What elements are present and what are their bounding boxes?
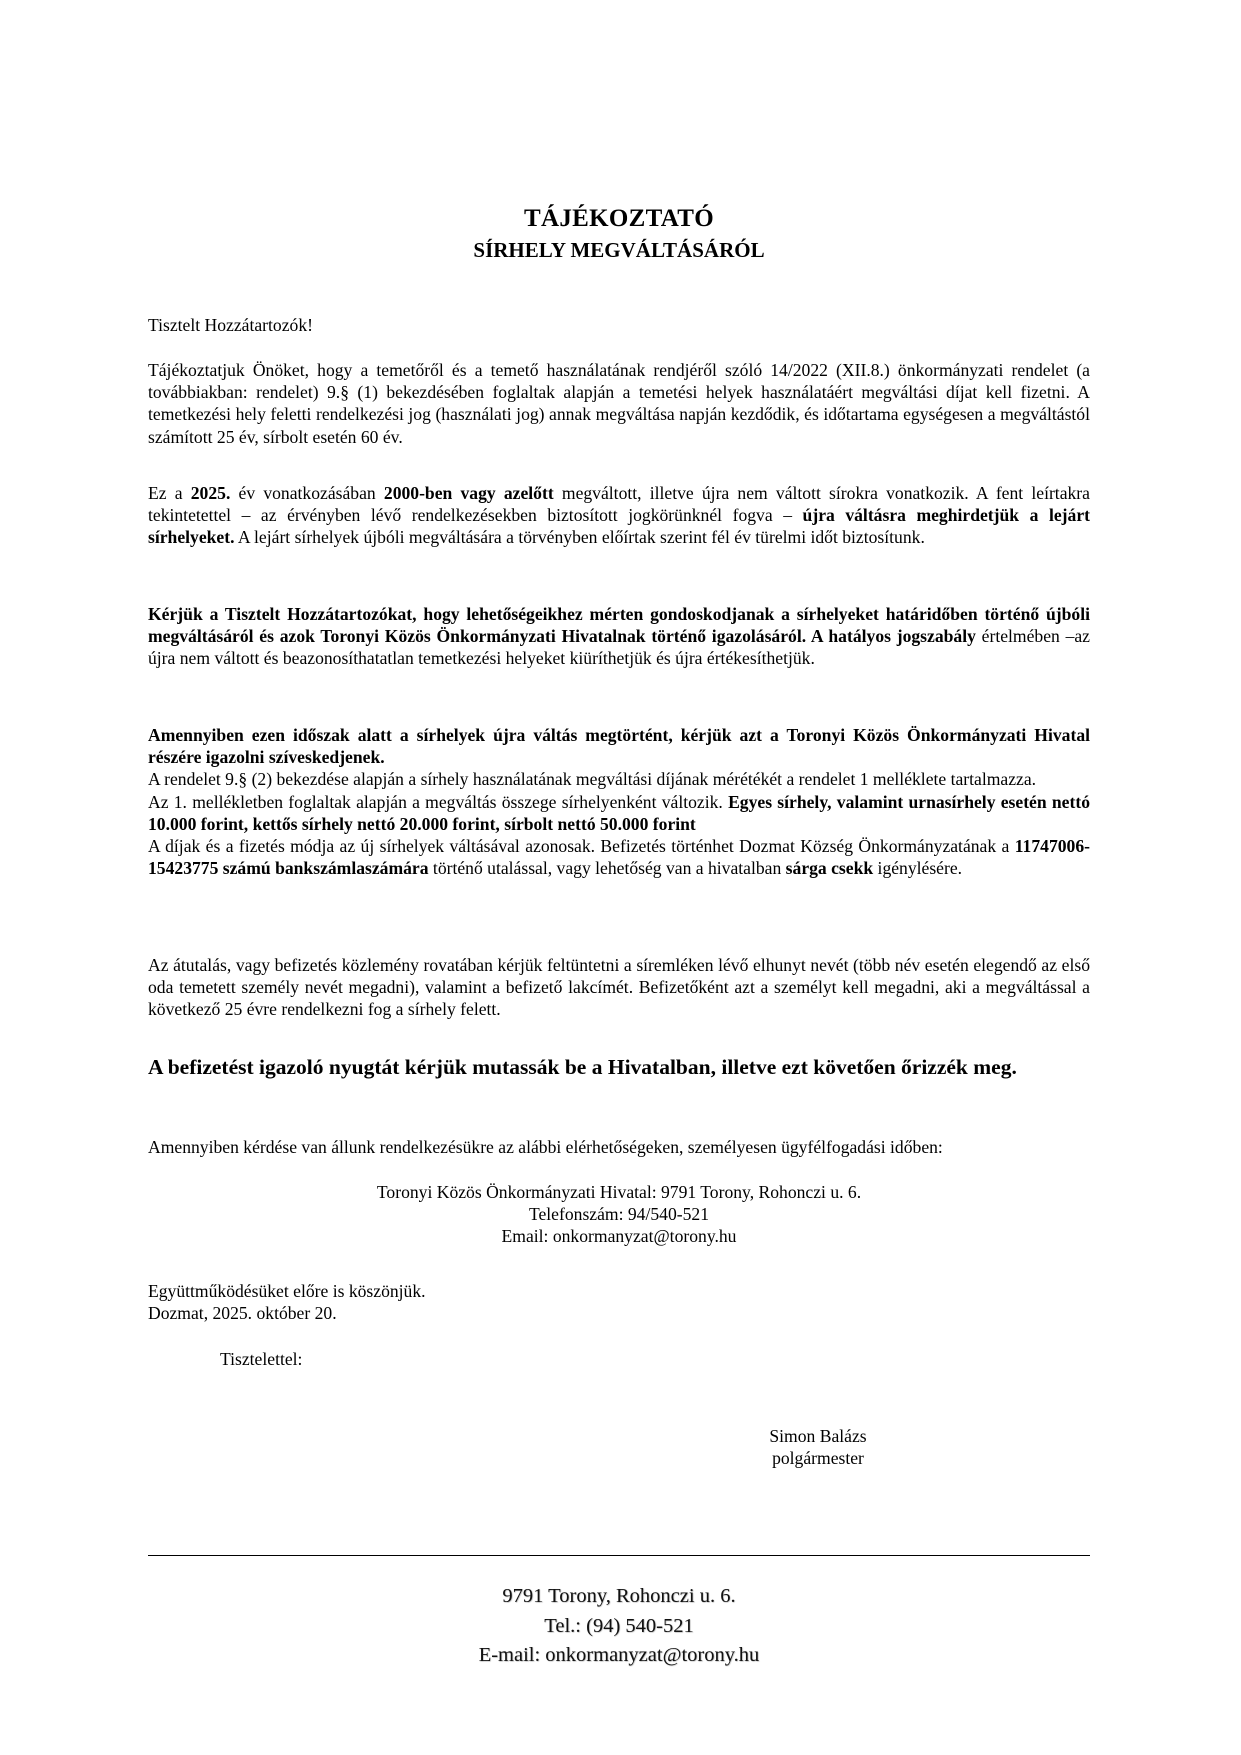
text-run: A rendelet 9.§ (2) bekezdése alapján a s… [148,769,1036,789]
paragraph-scope: Ez a 2025. év vonatkozásában 2000-ben va… [148,482,1090,549]
paragraph-transfer-note: Az átutalás, vagy befizetés közlemény ro… [148,954,1090,1021]
footer-divider [148,1555,1090,1556]
paragraph-line: A díjak és a fizetés módja az új sírhely… [148,835,1090,879]
footer: 9791 Torony, Rohonczi u. 6. Tel.: (94) 5… [148,1582,1090,1671]
document-title: TÁJÉKOZTATÓ [148,205,1090,233]
footer-address: 9791 Torony, Rohonczi u. 6. [148,1582,1090,1612]
contact-intro: Amennyiben kérdése van állunk rendelkezé… [148,1136,1090,1158]
contact-email: Email: onkormanyzat@torony.hu [148,1225,1090,1247]
contact-block: Toronyi Közös Önkormányzati Hivatal: 979… [148,1181,1090,1248]
bold-text-run: Kérjük a Tisztelt Hozzátartozókat, hogy … [148,604,1090,646]
text-run: A díjak és a fizetés módja az új sírhely… [148,836,1015,856]
text-run: A lejárt sírhelyek újbóli megváltására a… [234,527,924,547]
text-run: történő utalással, vagy lehetőség van a … [429,858,786,878]
bold-text-run: Amennyiben ezen időszak alatt a sírhelye… [148,725,1090,767]
regards: Tisztelettel: [220,1349,302,1370]
paragraph-request: Kérjük a Tisztelt Hozzátartozókat, hogy … [148,603,1090,670]
receipt-notice: A befizetést igazoló nyugtát kérjük muta… [148,1053,1090,1081]
document-subtitle: SÍRHELY MEGVÁLTÁSÁRÓL [148,238,1090,263]
bold-text-run: sárga csekk [786,858,873,878]
closing-block: Együttműködésüket előre is köszönjük. Do… [148,1280,426,1324]
footer-phone: Tel.: (94) 540-521 [148,1612,1090,1642]
place-date: Dozmat, 2025. október 20. [148,1302,426,1324]
text-run: Az 1. mellékletben foglaltak alapján a m… [148,792,728,812]
paragraph-regulation: Tájékoztatjuk Önöket, hogy a temetőről é… [148,359,1090,448]
contact-phone: Telefonszám: 94/540-521 [148,1203,1090,1225]
signatory-role: polgármester [718,1447,918,1469]
greeting: Tisztelt Hozzátartozók! [148,314,1090,336]
contact-office: Toronyi Közös Önkormányzati Hivatal: 979… [148,1181,1090,1203]
signatory-name: Simon Balázs [718,1425,918,1447]
text-run: Tájékoztatjuk Önöket, hogy a temetőről é… [148,360,1090,447]
paragraph-line: Amennyiben ezen időszak alatt a sírhelye… [148,724,1090,768]
footer-email: E-mail: onkormanyzat@torony.hu [148,1641,1090,1671]
text-run: Ez a [148,483,191,503]
bold-text-run: 2025. [191,483,231,503]
paragraph-line: Az 1. mellékletben foglaltak alapján a m… [148,791,1090,835]
text-run: Az átutalás, vagy befizetés közlemény ro… [148,955,1090,1019]
closing-thanks: Együttműködésüket előre is köszönjük. [148,1280,426,1302]
signature-block: Simon Balázs polgármester [718,1425,918,1469]
text-run: év vonatkozásában [230,483,384,503]
bold-text-run: 2000-ben vagy azelőtt [384,483,554,503]
paragraph-fees: Amennyiben ezen időszak alatt a sírhelye… [148,724,1090,879]
text-run: igénylésére. [873,858,962,878]
paragraph-line: A rendelet 9.§ (2) bekezdése alapján a s… [148,768,1090,790]
